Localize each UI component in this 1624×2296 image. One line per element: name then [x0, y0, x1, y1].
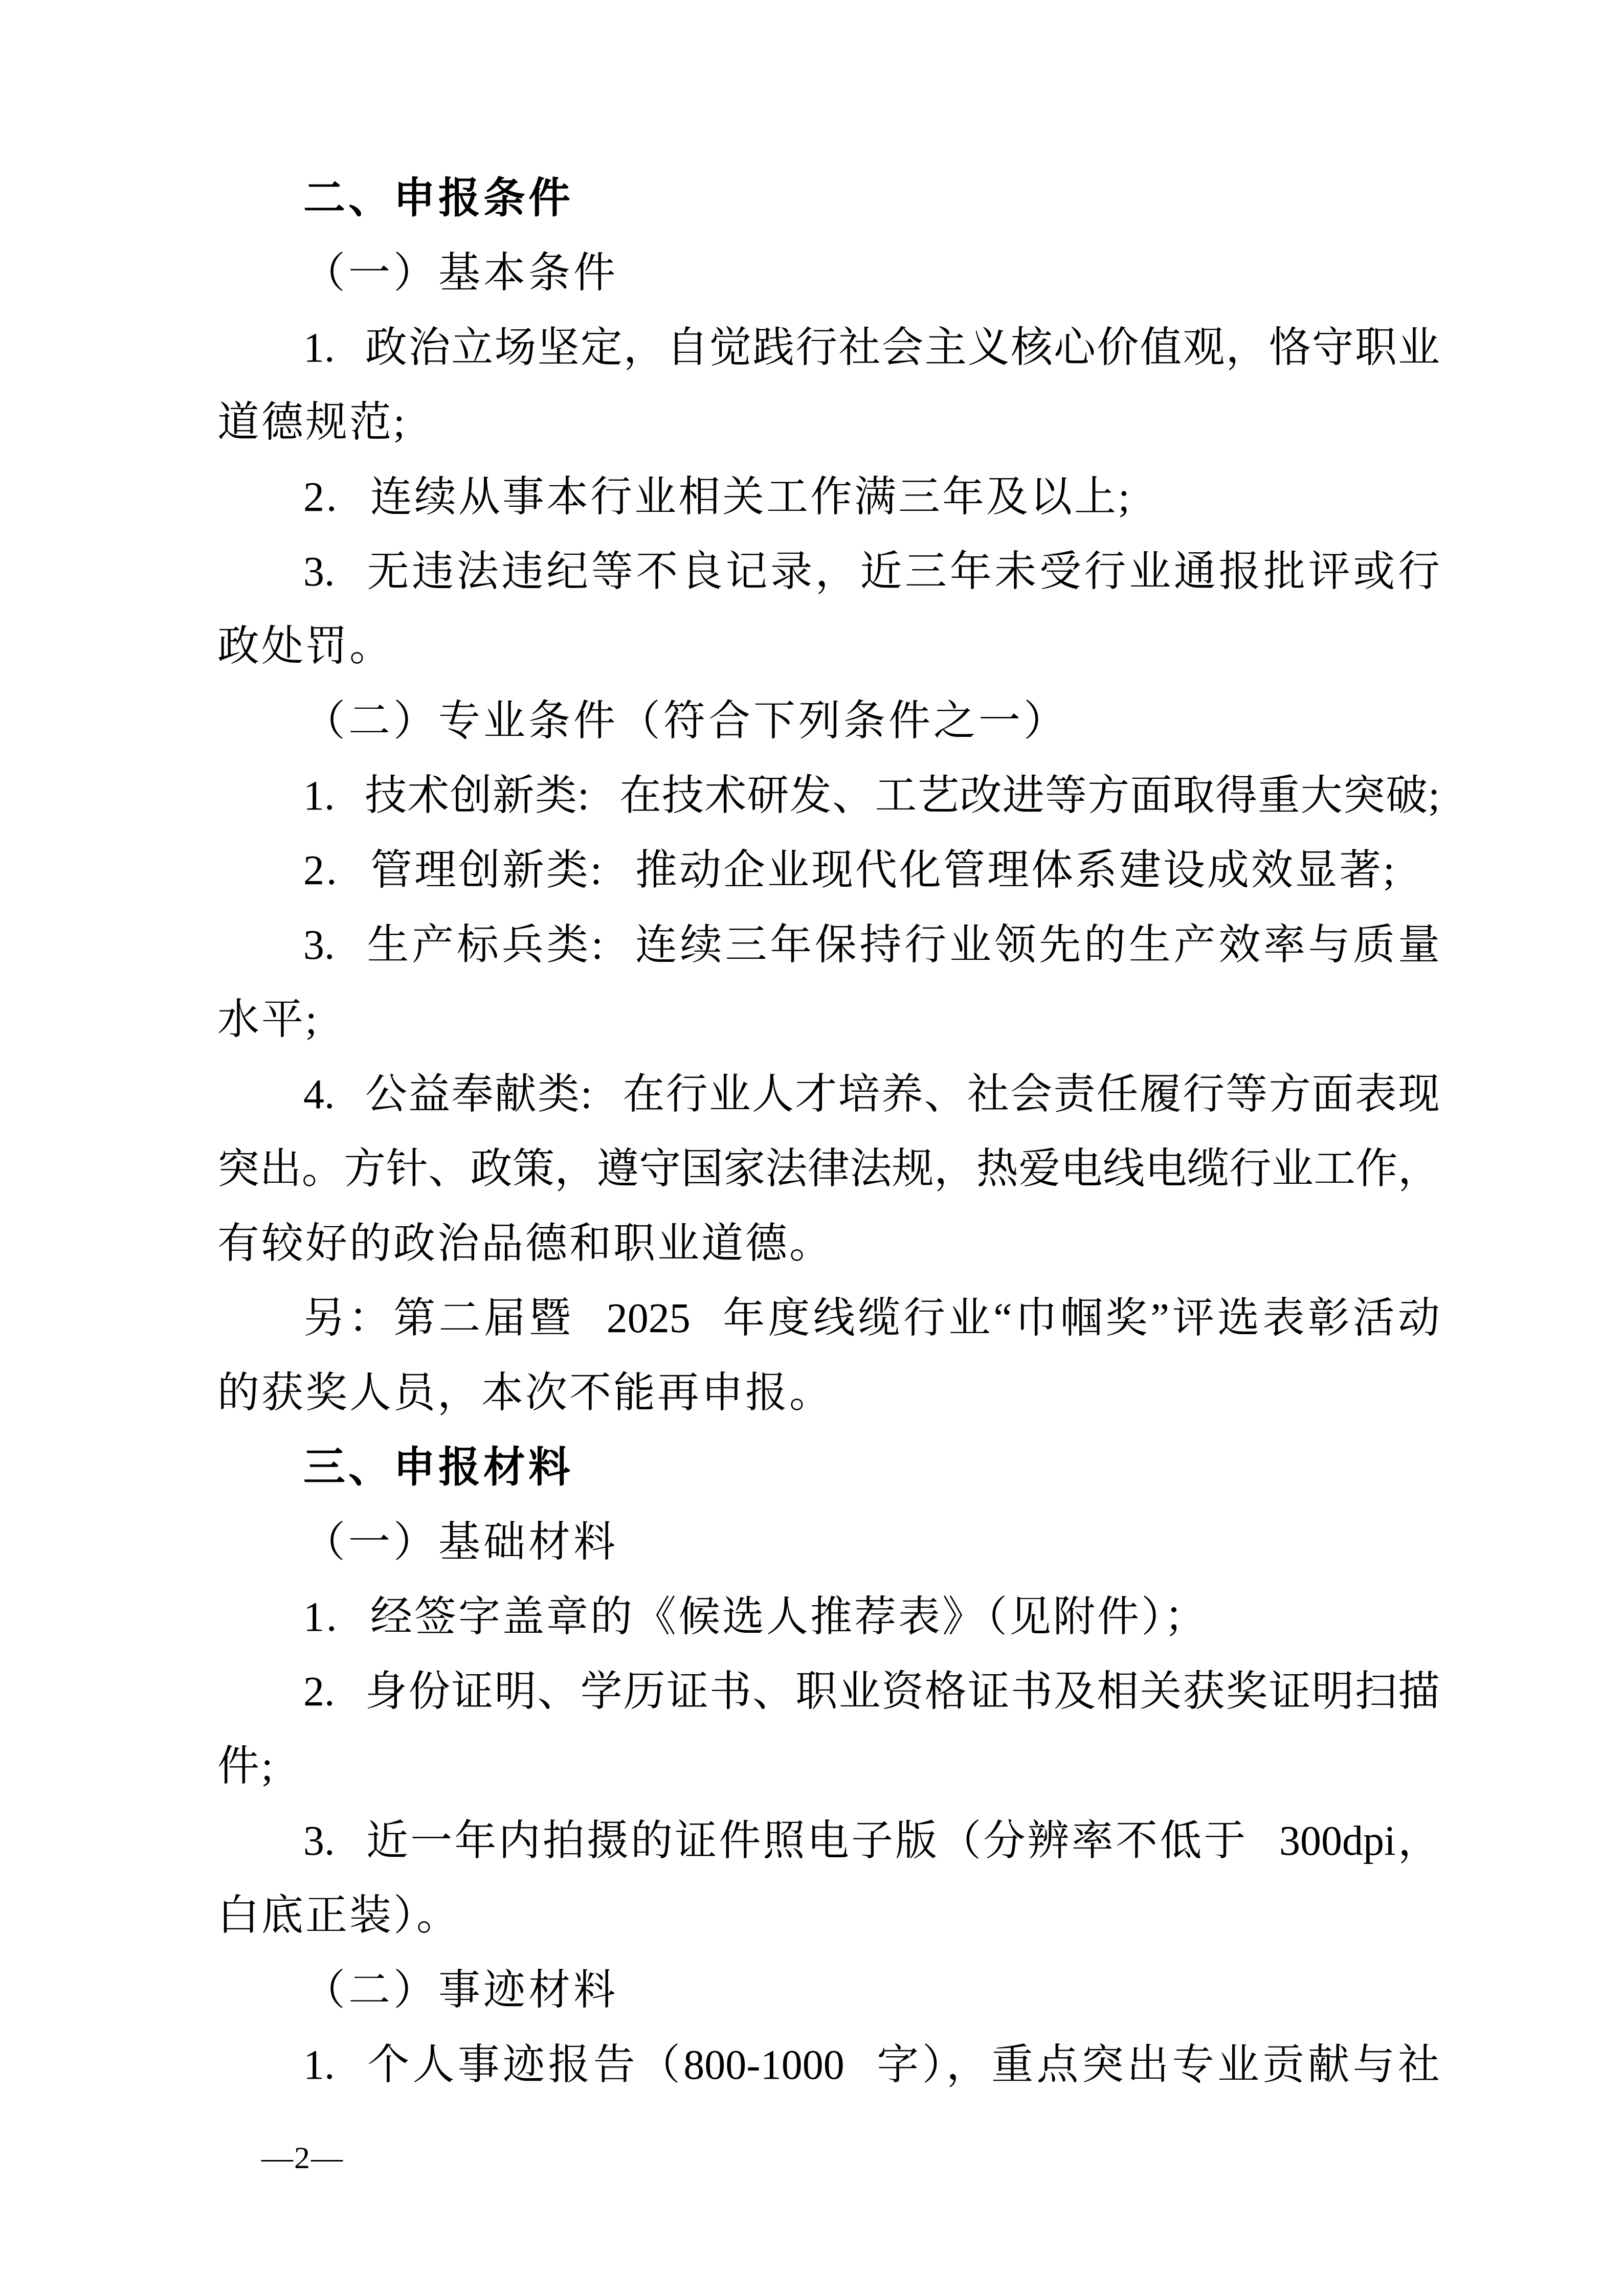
doc-line: 水平;	[217, 982, 1440, 1057]
doc-line: 1. 政治立场坚定，自觉践行社会主义核心价值观，恪守职业	[217, 310, 1440, 385]
doc-line: 有较好的政治品德和职业道德。	[217, 1206, 1440, 1281]
doc-line: （一）基础材料	[217, 1505, 1440, 1580]
doc-line: 4. 公益奉献类: 在行业人才培养、社会责任履行等方面表现	[217, 1057, 1440, 1132]
document-text-block: 二、申报条件（一）基本条件1. 政治立场坚定，自觉践行社会主义核心价值观，恪守职…	[217, 161, 1440, 2102]
doc-line: 2. 身份证明、学历证书、职业资格证书及相关获奖证明扫描	[217, 1654, 1440, 1729]
doc-line: 道德规范;	[217, 385, 1440, 460]
page-number: —2—	[261, 2140, 344, 2176]
doc-line: 2. 连续从事本行业相关工作满三年及以上;	[217, 460, 1440, 534]
doc-line: （二）专业条件（符合下列条件之一）	[217, 684, 1440, 758]
doc-line: 3. 无违法违纪等不良记录，近三年未受行业通报批评或行	[217, 534, 1440, 609]
doc-line: （二）事迹材料	[217, 1953, 1440, 2028]
doc-line: 二、申报条件	[217, 161, 1440, 236]
document-page: 二、申报条件（一）基本条件1. 政治立场坚定，自觉践行社会主义核心价值观，恪守职…	[0, 0, 1624, 2296]
doc-line: 1. 技术创新类: 在技术研发、工艺改进等方面取得重大突破;	[217, 758, 1440, 833]
doc-line: 1. 经签字盖章的《候选人推荐表》（见附件）；	[217, 1580, 1440, 1654]
doc-line: 1. 个人事迹报告（800-1000 字），重点突出专业贡献与社	[217, 2028, 1440, 2102]
doc-line: 2. 管理创新类: 推动企业现代化管理体系建设成效显著;	[217, 833, 1440, 908]
doc-line: 3. 近一年内拍摄的证件照电子版（分辨率不低于 300dpi，	[217, 1804, 1440, 1878]
doc-line: 的获奖人员，本次不能再申报。	[217, 1356, 1440, 1430]
doc-line: （一）基本条件	[217, 236, 1440, 310]
doc-line: 政处罚。	[217, 609, 1440, 684]
doc-line: 三、申报材料	[217, 1430, 1440, 1505]
doc-line: 件;	[217, 1729, 1440, 1804]
scanned-document-page: { "page": { "background_color": "#ffffff…	[0, 0, 1624, 2296]
doc-line: 突出。方针、政策，遵守国家法律法规，热爱电线电缆行业工作，	[217, 1132, 1440, 1206]
doc-line: 白底正装）。	[217, 1878, 1440, 1953]
doc-line: 3. 生产标兵类: 连续三年保持行业领先的生产效率与质量	[217, 908, 1440, 982]
doc-line: 另：第二届暨 2025 年度线缆行业“巾帼奖”评选表彰活动	[217, 1281, 1440, 1356]
